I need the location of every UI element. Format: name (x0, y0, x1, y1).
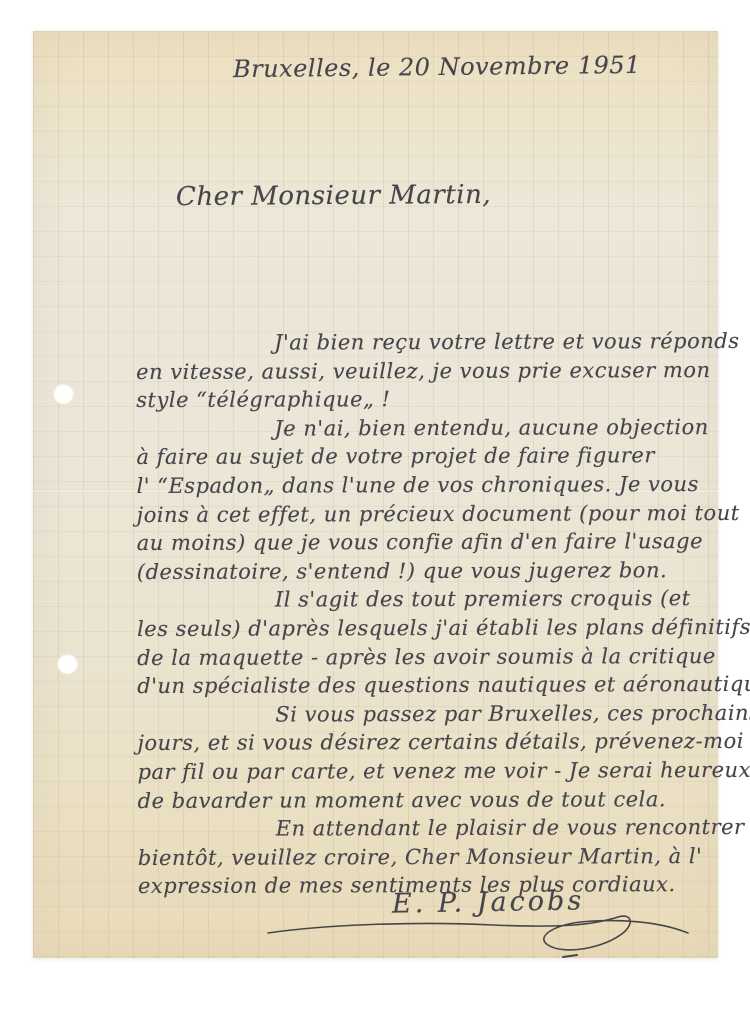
letter-line: au moins) que je vous confie afin d'en f… (137, 527, 722, 558)
letter-line: En attendant le plaisir de vous rencontr… (138, 813, 723, 844)
signature-block: E. P. Jacobs (288, 887, 688, 918)
letter-line: en vitesse, aussi, veuillez, je vous pri… (136, 356, 721, 387)
letter-line: style “télégraphique„ ! (136, 384, 721, 415)
punch-hole-bottom (57, 653, 78, 674)
letter-line: Je n'ai, bien entendu, aucune objection (136, 413, 721, 444)
letter-line: jours, et si vous désirez certains détai… (137, 727, 722, 758)
letter-line: l' “Espadon„ dans l'une de vos chronique… (137, 470, 722, 501)
letter-line: J'ai bien reçu votre lettre et vous répo… (136, 327, 721, 358)
letter-line: joins à cet effet, un précieux document … (137, 499, 722, 530)
letter-paragraph: Il s'agit des tout premiers croquis (et … (137, 584, 722, 700)
letter-line: d'un spécialiste des questions nautiques… (137, 670, 722, 701)
scanned-letter-page: Bruxelles, le 20 Novembre 1951 Cher Mons… (0, 0, 750, 1019)
letter-line: les seuls) d'après lesquels j'ai établi … (137, 613, 722, 644)
letter-line: de bavarder un moment avec vous de tout … (138, 784, 723, 815)
punch-hole-top (53, 383, 74, 404)
letter-line: Il s'agit des tout premiers croquis (et (137, 584, 722, 615)
letter-body: J'ai bien reçu votre lettre et vous répo… (136, 327, 723, 901)
letter-line: par fil ou par carte, et venez me voir -… (138, 756, 723, 787)
letter-salutation: Cher Monsieur Martin, (176, 180, 491, 212)
paper-crease-top (33, 126, 718, 130)
signature-text: E. P. Jacobs (392, 885, 585, 919)
letter-line: bientôt, veuillez croire, Cher Monsieur … (138, 842, 723, 873)
letter-line: à faire au sujet de votre projet de fair… (136, 441, 721, 472)
letter-line: (dessinatoire, s'entend !) que vous juge… (137, 556, 722, 587)
letter-line: de la maquette - après les avoir soumis … (137, 642, 722, 673)
letter-line: Si vous passez par Bruxelles, ces procha… (137, 699, 722, 730)
letter-paragraph: Je n'ai, bien entendu, aucune objection … (136, 413, 722, 587)
letter-dateline: Bruxelles, le 20 Novembre 1951 (233, 51, 641, 83)
letter-paper: Bruxelles, le 20 Novembre 1951 Cher Mons… (33, 31, 718, 958)
letter-paragraph: Si vous passez par Bruxelles, ces procha… (137, 699, 722, 815)
letter-paragraph: J'ai bien reçu votre lettre et vous répo… (136, 327, 721, 415)
